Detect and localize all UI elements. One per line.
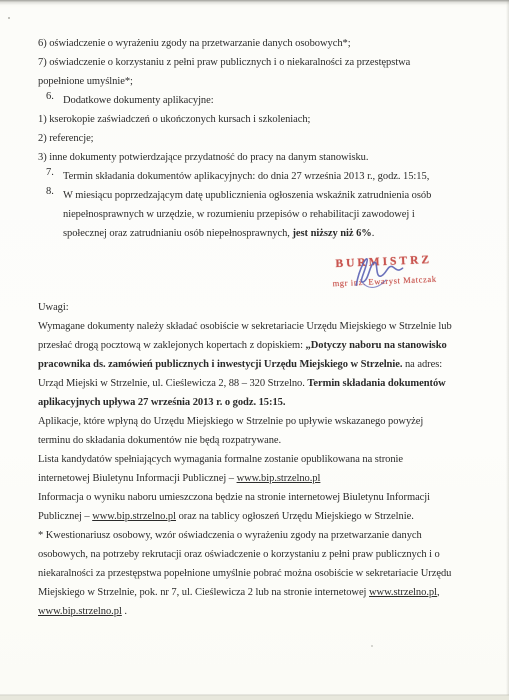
scanned-document-page: 6) oświadczenie o wyrażeniu zgody na prz… — [0, 0, 509, 700]
text-line: W miesiącu poprzedzającym datę upubliczn… — [63, 186, 470, 205]
numbered-list-item: 7.Termin składania dokumentów aplikacyjn… — [46, 167, 470, 186]
text-line: Termin składania dokumentów aplikacyjnyc… — [63, 167, 470, 186]
paragraph: Informacja o wyniku naboru umieszczona b… — [38, 488, 470, 526]
text-line: niekaralności za przestępstwa popełnione… — [38, 564, 470, 583]
list-item: 1) kserokopie zaświadczeń o ukończonych … — [38, 110, 470, 129]
text-line: internetowej Biuletynu Informacji Public… — [38, 469, 470, 488]
text-line: Informacja o wyniku naboru umieszczona b… — [38, 488, 470, 507]
text-line: aplikacyjnych upływa 27 września 2013 r.… — [38, 393, 470, 412]
numbered-list-item: 8.W miesiącu poprzedzającym datę upublic… — [46, 186, 470, 243]
text-line: 1) kserokopie zaświadczeń o ukończonych … — [38, 110, 470, 129]
text-line: Aplikacje, które wpłyną do Urzędu Miejsk… — [38, 412, 470, 431]
link-text: www.bip.strzelno.pl — [237, 473, 321, 484]
text-line: www.bip.strzelno.pl . — [38, 602, 470, 621]
text-line: niepełnosprawnych w urzędzie, w rozumien… — [63, 205, 470, 224]
text-line: Uwagi: — [38, 298, 470, 317]
list-marker: 7. — [46, 167, 63, 186]
text-line: Publicznej – www.bip.strzelno.pl oraz na… — [38, 507, 470, 526]
numbered-list-item: 6.Dodatkowe dokumenty aplikacyjne: — [46, 91, 470, 110]
paragraph: * Kwestionariusz osobowy, wzór oświadcze… — [38, 526, 470, 621]
link-text: www.bip.strzelno.pl — [38, 606, 122, 617]
scan-edge-bottom — [0, 694, 509, 700]
link-text: www.strzelno.pl — [369, 587, 437, 598]
stamp-gap — [38, 243, 470, 298]
text-line: Urząd Miejski w Strzelnie, ul. Cieślewic… — [38, 374, 470, 393]
paragraph: Wymagane dokumenty należy składać osobiś… — [38, 317, 470, 412]
text-line: 6) oświadczenie o wyrażeniu zgody na prz… — [38, 34, 470, 53]
text-line: * Kwestionariusz osobowy, wzór oświadcze… — [38, 526, 470, 545]
list-marker: 6. — [46, 91, 63, 110]
text-line: 2) referencje; — [38, 129, 470, 148]
text-line: Lista kandydatów spełniających wymagania… — [38, 450, 470, 469]
text-line: osobowych, na potrzeby rekrutacji oraz o… — [38, 545, 470, 564]
paragraph: Uwagi: — [38, 298, 470, 317]
scan-speck — [8, 17, 10, 19]
list-item: 2) referencje; — [38, 129, 470, 148]
text-line: terminu do składania dokumentów nie będą… — [38, 431, 470, 450]
text-line: Dodatkowe dokumenty aplikacyjne: — [63, 91, 470, 110]
text-line: Miejskiego w Strzelnie, pok. nr 7, ul. C… — [38, 583, 470, 602]
text-line: popełnione umyślnie*; — [38, 72, 470, 91]
paragraph: Aplikacje, które wpłyną do Urzędu Miejsk… — [38, 412, 470, 450]
list-item: 6) oświadczenie o wyrażeniu zgody na prz… — [38, 34, 470, 53]
text-line: Wymagane dokumenty należy składać osobiś… — [38, 317, 470, 336]
text-line: 3) inne dokumenty potwierdzające przydat… — [38, 148, 470, 167]
text-line: przesłać drogą pocztową w zaklejonych ko… — [38, 336, 470, 355]
text-line: pracownika ds. zamówień publicznych i in… — [38, 355, 470, 374]
list-item: 3) inne dokumenty potwierdzające przydat… — [38, 148, 470, 167]
text-line: społecznej oraz zatrudnianiu osób niepeł… — [63, 224, 470, 243]
text-line: 7) oświadczenie o korzystaniu z pełni pr… — [38, 53, 470, 72]
list-item: 7) oświadczenie o korzystaniu z pełni pr… — [38, 53, 470, 91]
scan-speck — [371, 645, 373, 647]
scan-edge-top — [0, 0, 509, 5]
document-body: 6) oświadczenie o wyrażeniu zgody na prz… — [38, 34, 470, 621]
list-marker: 8. — [46, 186, 63, 243]
paragraph: Lista kandydatów spełniających wymagania… — [38, 450, 470, 488]
link-text: www.bip.strzelno.pl — [92, 511, 176, 522]
